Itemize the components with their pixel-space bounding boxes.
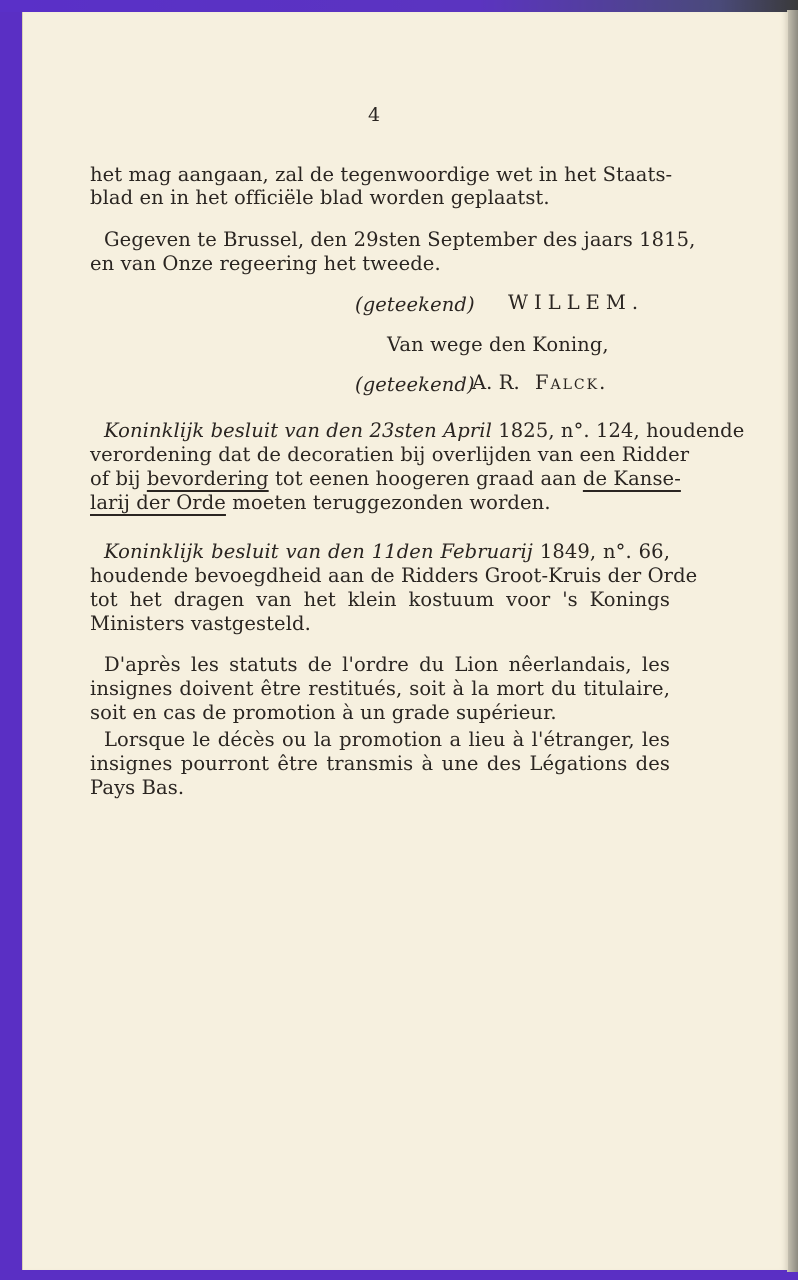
paragraph-line: Lorsque le décès ou la promotion a lieu …	[90, 728, 670, 752]
text-span: tot eenen hoogeren graad aan	[275, 467, 577, 490]
paragraph-line: insignes pourront être transmis à une de…	[90, 752, 670, 776]
paragraph-line: en van Onze regeering het tweede.	[90, 252, 670, 276]
paragraph-line: D'après les statuts de l'ordre du Lion n…	[90, 653, 670, 677]
paragraph-line-underlined: larij der Orde moeten teruggezonden word…	[90, 491, 670, 515]
on-behalf-line: Van wege den Koning,	[387, 333, 609, 357]
paragraph-line: Pays Bas.	[90, 776, 670, 800]
paragraph-line-underlined: of bij bevordering tot eenen hoogeren gr…	[90, 467, 670, 491]
paragraph-line: Gegeven te Brussel, den 29sten September…	[90, 228, 670, 252]
signed-label: (geteekend)	[355, 373, 475, 397]
underlined-text: larij der Orde	[90, 491, 226, 514]
text-span: of bij	[90, 467, 141, 490]
text-span: moeten teruggezonden worden.	[232, 491, 550, 514]
scan-border-right	[787, 10, 798, 1272]
signatory-initials: A. R.	[472, 371, 520, 395]
paragraph-line: blad en in het officiële blad worden gep…	[90, 186, 670, 210]
page-number: 4	[368, 103, 380, 127]
paragraph-line: soit en cas de promotion à un grade supé…	[90, 701, 670, 725]
paragraph-line: tot het dragen van het klein kostuum voo…	[90, 588, 670, 612]
decree-title: Koninklijk besluit van den 23sten April	[104, 419, 492, 442]
paragraph-line: verordening dat de decoratien bij overli…	[90, 443, 670, 467]
paragraph-line: Ministers vastgesteld.	[90, 612, 670, 636]
scan-border-top	[0, 0, 798, 12]
decree-title: Koninklijk besluit van den 11den Februar…	[104, 540, 533, 563]
decree-number: 1849, n°. 66,	[540, 540, 670, 563]
signatory-king: WILLEM.	[508, 291, 644, 315]
paragraph-line: het mag aangaan, zal de tegenwoordige we…	[90, 163, 670, 187]
decree-number: 1825, n°. 124, houdende	[498, 419, 744, 442]
signatory-minister: Falck.	[535, 371, 607, 395]
signed-label: (geteekend)	[355, 293, 475, 317]
underlined-text: bevordering	[147, 467, 269, 490]
paragraph-line: insignes doivent être restitués, soit à …	[90, 677, 670, 701]
decree-1849-line: Koninklijk besluit van den 11den Februar…	[90, 540, 670, 564]
underlined-text: de Kanse-	[583, 467, 681, 490]
paragraph-line: houdende bevoegdheid aan de Ridders Groo…	[90, 564, 670, 588]
decree-1825-line: Koninklijk besluit van den 23sten April …	[90, 419, 670, 443]
